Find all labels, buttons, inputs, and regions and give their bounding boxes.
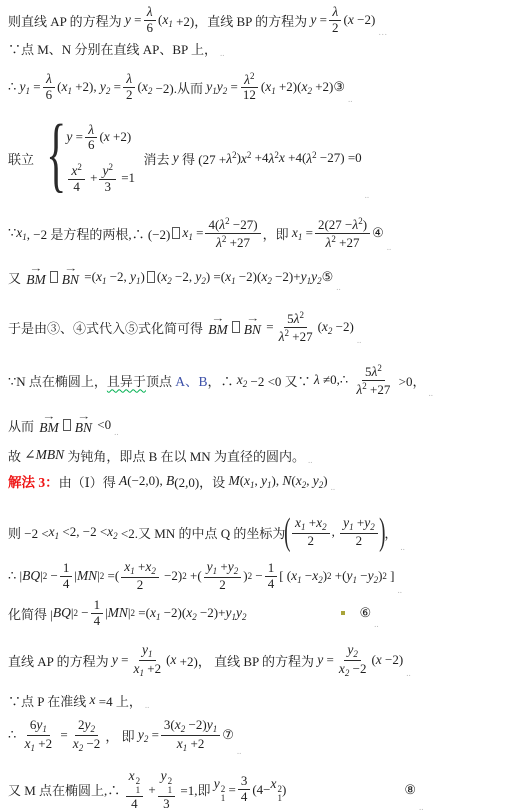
math-document: 则直线 AP 的方程为 y =λ6(x1 +2)，直线 BP 的方程为 y =λ… (0, 0, 525, 812)
paragraph-mark: .. (336, 282, 341, 292)
fraction: 4 (238, 790, 251, 805)
variable-subscript: y2 (195, 269, 206, 286)
variable-subscript: x2 (339, 661, 350, 678)
fraction: λ6 (143, 4, 156, 35)
paragraph-mark: .. (220, 48, 225, 58)
text: −2 (83, 737, 100, 752)
text: , −2 是方程的两根,∴ (−2) (27, 224, 171, 243)
fraction: 4 (128, 797, 141, 812)
variable-subscript: x2 (175, 717, 186, 734)
text: = (148, 727, 159, 743)
text: +2), (72, 79, 100, 95)
variable-subscript: x1 (96, 269, 107, 286)
text: +4( (285, 150, 306, 166)
text: ∴ (8, 727, 20, 743)
line-y2-relation-eq7: ∴ 6y1x1 +2 =2y2x2 −2， 即 y2 =3(x2 −2)y1x1… (8, 714, 241, 756)
variable-superscript: λ2 (244, 71, 254, 88)
variable-subscript: y2 (138, 727, 149, 744)
text: <2.又 MN 的中点 Q 的坐标为 (118, 523, 286, 542)
text: = (30, 79, 41, 95)
variable-sub-sup: x21 (271, 776, 283, 804)
text: −27) =0 (317, 150, 362, 166)
paragraph-mark: .. (419, 802, 424, 812)
line-roots-x1-eq4: ∵x1, −2 是方程的两根,∴ (−2)x1 =4(λ2 −27)λ2 +27… (8, 214, 391, 252)
fraction: 14 (60, 561, 73, 592)
variable-subscript: 2 (91, 724, 96, 734)
spacer (345, 613, 359, 614)
variable-superscript: λ2 (294, 310, 304, 327)
fraction: 2 (216, 578, 229, 593)
dot-operator-box (232, 321, 240, 333)
fraction: 6 (143, 21, 156, 36)
fraction: λ2 (329, 4, 342, 35)
variable-sub-sup: 1 (168, 786, 173, 795)
text: 4( (208, 218, 219, 233)
variable-superscript: 2 (108, 162, 113, 172)
variable-sub-sup: 1 (136, 786, 141, 795)
variable: λ (126, 71, 132, 87)
fraction: λ6 (85, 122, 98, 153)
text: =1 (118, 170, 135, 186)
line-solution3-heading-setup: 解法 3：由（Ⅰ）得 A(−2,0), B(2,0)，设 M(x1, y1), … (8, 470, 335, 492)
paragraph-mark: .. (357, 335, 362, 345)
fraction: 4 (60, 577, 73, 592)
fraction: 5λ2 (362, 363, 385, 381)
fraction: 2 (123, 88, 136, 103)
variable-subscript: x1 (225, 269, 236, 286)
fraction: 3 (101, 180, 114, 195)
variable: BQ (22, 568, 40, 584)
variable-subscript: x2 (316, 515, 327, 532)
text: 6 (146, 21, 153, 36)
variable-subscript: y2 (217, 79, 228, 96)
variable-subscript: 1 (148, 649, 153, 659)
text: 1 (63, 561, 70, 576)
text: +4 (251, 150, 268, 166)
vector: → (203, 314, 232, 323)
fraction: y213 (158, 768, 176, 812)
fraction: y1 +y2 (340, 515, 378, 533)
variable: M (228, 473, 239, 489)
highlighted-points: A、B (175, 370, 207, 390)
fraction: 5λ2 (284, 310, 307, 328)
line-substitute-345-simplify: 于是由③、④式代入⑤式化简可得 →BM→BN =5λ2λ2 +27(x2 −2)… (8, 309, 361, 345)
variable-subscript: x1 (177, 736, 188, 753)
text: = (110, 79, 121, 95)
line-bq-mn-identity: ∴ |BQ|2 −14|MN|2 =(x1 +x22 −2)2 +(y1 +y2… (8, 557, 402, 595)
variable-sub-sup: y21 (161, 768, 173, 796)
variable-subscript: 2 (353, 649, 358, 659)
text: , (332, 524, 339, 540)
equation-system: {y =λ6(x +2)x24 +y23 =1 (36, 116, 135, 200)
text: −2) (185, 718, 206, 733)
paragraph-mark: .. (114, 427, 119, 437)
fraction: 5λ2λ2 +27 (353, 363, 393, 398)
text: = (72, 129, 83, 145)
variable-subscript: 1 (42, 724, 47, 734)
variable-subscript: x1 (162, 12, 173, 29)
variable: N (282, 473, 291, 489)
text: = (323, 652, 334, 668)
variable-subscript: x1 (150, 605, 161, 622)
fraction: 14 (265, 561, 278, 592)
big-paren: ) (379, 515, 385, 549)
text: +2 (187, 737, 204, 752)
text: = (225, 782, 236, 798)
line-bm-dot-bn-negative: 从而 →BM→BN <0.. (8, 413, 119, 437)
text: ④ (372, 225, 384, 241)
variable-subscript: y1 (346, 568, 357, 585)
fraction: 2(27 −λ2)λ2 +27 (315, 216, 370, 251)
text: (4− (252, 782, 270, 798)
fraction: 2 (329, 21, 342, 36)
fraction: y2x2 −2 (336, 642, 370, 678)
variable-subscript: y1 (130, 269, 141, 286)
variable-subscript: y2 (364, 515, 375, 532)
paragraph-mark: .. (406, 668, 411, 678)
text: ， 即 (105, 726, 138, 745)
paragraph-mark: .. (374, 619, 379, 629)
text: −2 <0 又∵ (247, 371, 314, 390)
text: (−2,0), (127, 473, 166, 489)
variable-subscript: y1 (36, 717, 47, 734)
fraction: x1 +x22 (292, 515, 330, 548)
fraction: y23 (99, 162, 116, 194)
variable-subscript: x1 (244, 473, 255, 490)
text: 联立 (8, 149, 34, 168)
fraction: 6y1x1 +2 (22, 717, 56, 753)
variable-subscript: y2 (236, 605, 247, 622)
text: ) =( (206, 269, 225, 285)
text: +2 (35, 737, 52, 752)
text: 又 M 点在椭圆上,∴ (8, 780, 124, 799)
variable-subscript: y2 (85, 717, 96, 734)
text: 1 (94, 598, 101, 613)
variable-subscript: y2 (313, 473, 324, 490)
fraction: 1 (91, 598, 104, 614)
equation-system: { (46, 113, 66, 197)
variable-subscript: x2 (261, 269, 272, 286)
variable: MN (77, 568, 97, 584)
text: ∵N 点在椭圆上， (8, 371, 107, 390)
variable-subscript: x1 (49, 524, 60, 541)
fraction: 34 (238, 774, 251, 805)
text: − (252, 568, 263, 584)
text: 2 (219, 578, 226, 593)
text: + (145, 782, 156, 798)
line-system-eliminate-y: 联立{y =λ6(x +2)x24 +y23 =1 消去 y 得 (27 +λ2… (8, 116, 369, 200)
dot-operator-box (147, 271, 155, 283)
paragraph-mark: .. (331, 482, 336, 492)
variable-subscript: x2 (145, 559, 156, 576)
vector: →BM (208, 316, 228, 338)
fraction: 12 (240, 88, 259, 103)
text: +27 (289, 330, 313, 345)
line-obtuse-angle-conclusion: 故 ∠MBN 为钝角，即点 B 在以 MN 为直径的圆内。.. (8, 445, 312, 465)
variable-subscript: y2 (311, 269, 322, 286)
text: 2(27 − (318, 218, 352, 233)
text: + (354, 516, 365, 531)
text: +27 (336, 236, 360, 251)
fraction: 3(x2 −2)y1 (161, 717, 220, 735)
fraction: λ (123, 71, 135, 88)
fraction: x24 (68, 162, 85, 194)
variable-subscript: y1 (343, 515, 354, 532)
paragraph-mark: .. (237, 746, 242, 756)
fraction: 3(x2 −2)y1x1 +2 (161, 717, 220, 753)
text: −27) (230, 218, 258, 233)
text: −2, (106, 269, 130, 285)
text: −2)( (236, 269, 262, 285)
fraction: 4(λ2 −27) (205, 216, 260, 234)
text: − (357, 568, 368, 584)
text: =( (135, 605, 150, 621)
variable-subscript: x1 (265, 79, 276, 96)
text: +2)( (276, 79, 302, 95)
variable-superscript: λ2 (216, 234, 226, 251)
variable-subscript: y2 (100, 79, 111, 96)
fraction: 4 (91, 614, 104, 629)
variable-subscript: y2 (347, 642, 358, 659)
fraction: 6 (85, 138, 98, 153)
variable-subscript: 2 (234, 566, 239, 576)
vector: →BN (62, 266, 79, 288)
text: ， (384, 523, 397, 542)
variable-superscript: 2 (77, 162, 82, 172)
dot-operator-box (172, 227, 180, 239)
variable-superscript: x2 (241, 150, 252, 167)
fraction: 2y2x2 −2 (70, 717, 104, 753)
fraction: x1 +x2 (121, 559, 159, 577)
fraction: λ2 +27 (323, 234, 363, 251)
text: [ ( (279, 568, 291, 584)
line-simplified-eq6: 化简得 |BQ|2 −14|MN|2 =(x1 −2)(x2 −2)+y1y2⑥… (8, 597, 379, 629)
variable-subscript: x1 (291, 568, 302, 585)
text: + (217, 560, 228, 575)
text: − (47, 568, 58, 584)
fraction: y1 +y22 (340, 515, 378, 548)
text: 3 (163, 797, 170, 812)
variable: λ (332, 4, 338, 20)
text: =4 上， (96, 691, 142, 710)
fraction: x1 +x2 (292, 515, 330, 533)
variable-subscript: x1 (25, 736, 36, 753)
text: + (306, 516, 317, 531)
text: 6 (88, 138, 95, 153)
variable-subscript: x1 (124, 559, 135, 576)
fraction: 14 (91, 598, 104, 629)
text: = (193, 225, 204, 241)
variable-subscript: x2 (322, 319, 333, 336)
fraction: λ2 +27 (353, 381, 393, 398)
paragraph-mark: .. (387, 242, 392, 252)
variable-sub-sup: x21 (129, 768, 141, 796)
text: 4 (131, 797, 138, 812)
text: 3 (104, 180, 111, 195)
vector: →BM (39, 414, 59, 436)
fraction: 6 (43, 88, 56, 103)
variable-superscript: λ2 (356, 381, 366, 398)
equation-system: y =λ6(x +2)x24 +y23 =1 (66, 122, 135, 195)
fraction: 2 (305, 534, 318, 549)
fraction: x1 +2 (130, 661, 164, 678)
text: −2).从而 (152, 78, 206, 97)
vector: → (57, 264, 83, 273)
variable-superscript: 2 (300, 310, 305, 320)
variable-subscript: x1 (292, 225, 303, 242)
text: 得 (27 + (179, 149, 226, 168)
text: 则 −2 < (8, 523, 49, 542)
text: ] (387, 568, 395, 584)
text: −2)+ (197, 605, 226, 621)
text: = (316, 12, 327, 28)
text: −2) (161, 568, 182, 584)
text: 2 (308, 534, 315, 549)
text: 2 (332, 21, 339, 36)
text: (2,0)，设 (174, 472, 228, 491)
fraction: 6y1 (27, 717, 50, 735)
vector: → (34, 412, 63, 421)
text: 3 (241, 774, 248, 789)
variable-subscript: y1 (207, 717, 218, 734)
variable-sub-sup: 21 (136, 777, 141, 796)
fraction: x1 +x22 (121, 559, 159, 592)
text: 化简得 | (8, 604, 53, 623)
line-ap-bp-lambda-equations: 则直线 AP 的方程为 y =λ6(x1 +2)，直线 BP 的方程为 y =λ… (8, 3, 387, 37)
text: ∴ (8, 79, 20, 95)
paragraph-mark: .. (145, 700, 150, 710)
text: ∵点 M、N 分别在直线 AP、BP 上， (8, 39, 217, 58)
variable-superscript: λ2 (269, 150, 279, 167)
fraction: λ2 +27 (276, 328, 316, 345)
fraction: x214 (126, 768, 144, 812)
paragraph-mark: .. (428, 388, 433, 398)
variable-subscript: x2 (312, 568, 323, 585)
variable-subscript: x2 (161, 269, 172, 286)
proofread-underline-text: 且异于 (107, 371, 146, 390)
text: >0， (395, 371, 425, 390)
paragraph-mark: .. (365, 190, 370, 200)
fraction: x21 (126, 768, 144, 797)
variable-superscript: λ2 (326, 234, 336, 251)
text: 顶点 (146, 371, 175, 390)
text: ⑤ (322, 269, 334, 285)
text: ，∴ (207, 371, 236, 390)
text: −2)( (160, 605, 186, 621)
variable-superscript: 2 (250, 71, 255, 81)
fraction: λ (43, 71, 55, 88)
variable: ∠MBN (24, 447, 64, 463)
vector: →BN (244, 316, 261, 338)
dot-operator-box (50, 271, 58, 283)
variable-superscript: 2 (377, 363, 382, 373)
dot-operator-box (63, 419, 71, 431)
variable-superscript: λ2 (371, 363, 381, 380)
text: −2)+ (272, 269, 301, 285)
variable-superscript: y2 (102, 162, 113, 179)
variable-subscript: y1 (301, 269, 312, 286)
variable-subscript: 2 (151, 566, 156, 576)
text: 4 (94, 614, 101, 629)
line-p-on-directrix: ∵点 P 在准线 x =4 上，.. (8, 690, 149, 710)
fraction: y1 +y2 (204, 559, 242, 577)
variable-subscript: x1 (182, 225, 193, 242)
text: 4 (73, 180, 80, 195)
text: ≠0,∴ (320, 372, 352, 388)
text: 2 (126, 88, 133, 103)
text: = (302, 225, 313, 241)
text: = (57, 727, 68, 743)
variable: λ (46, 71, 52, 87)
text: 直线 AP 的方程为 (8, 651, 112, 670)
fraction: 4(λ2 −27)λ2 +27 (205, 216, 260, 251)
fraction: y1 (139, 642, 156, 660)
line-m-on-ellipse-eq8: 又 M 点在椭圆上,∴ x214 +y213 =1,即 y21 =34(4−x2… (8, 768, 424, 812)
fraction: λ6 (43, 71, 56, 102)
variable-subscript: x1 (295, 515, 306, 532)
fraction: 2 (353, 534, 366, 549)
text: + (87, 170, 98, 186)
variable-subscript: y1 (20, 79, 31, 96)
text: +2)， 直线 BP 的方程为 (176, 651, 317, 670)
text: +2)，直线 BP 的方程为 (173, 11, 311, 30)
fraction: λ2 (241, 71, 257, 89)
fraction: 5λ2λ2 +27 (276, 310, 316, 345)
variable-subscript: y1 (207, 559, 218, 576)
text: ∵点 P 在准线 (8, 691, 90, 710)
line-y1-y2-product-eq3: ∴ y1 =λ6(x1 +2), y2 =λ2(x2 −2).从而 y1y2 =… (8, 70, 353, 104)
text: 2 (137, 578, 144, 593)
variable-subscript: y1 (225, 605, 236, 622)
big-paren: ( (285, 515, 291, 549)
text: 消去 (137, 149, 173, 168)
fraction: λ2 (123, 71, 136, 102)
variable: MN (108, 605, 128, 621)
fraction: λ212 (240, 71, 259, 103)
paragraph-mark: … (378, 27, 387, 37)
variable-subscript: 2 (322, 522, 327, 532)
paragraph-mark: .. (398, 585, 403, 595)
line-midpoint-q-coords: 则 −2 <x1 <2, −2 <x2 <2.又 MN 的中点 Q 的坐标为(x… (8, 512, 405, 552)
text: ) (363, 218, 367, 233)
fraction: λ (144, 4, 156, 21)
fraction: x2 (68, 162, 85, 180)
text: + (135, 560, 146, 575)
variable-subscript: x1 (61, 79, 72, 96)
variable-subscript: 1 (213, 724, 218, 734)
fraction: λ (329, 4, 341, 21)
vector: → (21, 264, 50, 273)
equation-system: y =λ6(x +2) (66, 122, 135, 153)
text: 为钝角，即点 B 在以 MN 为直径的圆内。 (64, 446, 305, 465)
text: − (302, 568, 313, 584)
text: = (118, 652, 129, 668)
paragraph-mark: .. (308, 455, 313, 465)
vector: → (239, 314, 265, 323)
fraction: y1x1 +2 (130, 642, 164, 678)
fraction: x2 −2 (336, 661, 370, 678)
text: <2, −2 < (59, 524, 107, 540)
fraction: 3 (238, 774, 251, 790)
variable-subscript: x2 (186, 605, 197, 622)
variable-subscript: x1 (16, 225, 27, 242)
text: +27 (367, 383, 391, 398)
solution-heading: 解法 3： (8, 471, 59, 491)
text: −2) (332, 319, 353, 335)
text: 从而 (8, 416, 37, 435)
fraction: x1 +2 (174, 736, 208, 753)
text: ∴ | (8, 568, 22, 584)
